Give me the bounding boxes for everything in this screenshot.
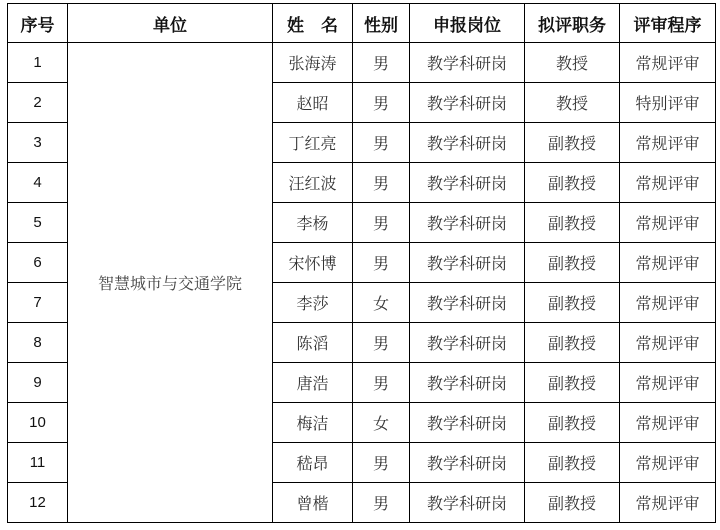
row-no: 6 — [8, 243, 68, 283]
row-name: 李莎 — [273, 283, 353, 323]
row-post: 教学科研岗 — [410, 483, 525, 523]
row-no: 4 — [8, 163, 68, 203]
header-title: 拟评职务 — [525, 4, 620, 43]
row-title: 副教授 — [525, 443, 620, 483]
row-no: 10 — [8, 403, 68, 443]
unit-cell: 智慧城市与交通学院 — [68, 43, 273, 523]
row-gender: 女 — [353, 283, 410, 323]
row-post: 教学科研岗 — [410, 363, 525, 403]
row-gender: 男 — [353, 323, 410, 363]
row-title: 副教授 — [525, 283, 620, 323]
row-procedure: 常规评审 — [620, 483, 716, 523]
row-title: 副教授 — [525, 203, 620, 243]
row-no: 9 — [8, 363, 68, 403]
row-name: 陈滔 — [273, 323, 353, 363]
review-list-table: 序号 单位 姓 名 性别 申报岗位 拟评职务 评审程序 1 智慧城市与交通学院 … — [7, 3, 716, 523]
row-gender: 男 — [353, 123, 410, 163]
row-name: 丁红亮 — [273, 123, 353, 163]
header-no: 序号 — [8, 4, 68, 43]
row-procedure: 常规评审 — [620, 283, 716, 323]
row-procedure: 常规评审 — [620, 443, 716, 483]
row-post: 教学科研岗 — [410, 203, 525, 243]
row-post: 教学科研岗 — [410, 163, 525, 203]
row-no: 11 — [8, 443, 68, 483]
row-no: 2 — [8, 83, 68, 123]
row-name: 赵昭 — [273, 83, 353, 123]
row-name: 曾楷 — [273, 483, 353, 523]
row-title: 副教授 — [525, 323, 620, 363]
row-post: 教学科研岗 — [410, 323, 525, 363]
row-title: 副教授 — [525, 483, 620, 523]
row-name: 张海涛 — [273, 43, 353, 83]
row-procedure: 常规评审 — [620, 203, 716, 243]
row-title: 教授 — [525, 83, 620, 123]
row-gender: 男 — [353, 43, 410, 83]
row-procedure: 特别评审 — [620, 83, 716, 123]
row-post: 教学科研岗 — [410, 123, 525, 163]
row-no: 3 — [8, 123, 68, 163]
header-row: 序号 单位 姓 名 性别 申报岗位 拟评职务 评审程序 — [8, 4, 716, 43]
row-procedure: 常规评审 — [620, 403, 716, 443]
row-post: 教学科研岗 — [410, 403, 525, 443]
row-procedure: 常规评审 — [620, 123, 716, 163]
row-name: 嵇昂 — [273, 443, 353, 483]
row-gender: 男 — [353, 243, 410, 283]
row-name: 唐浩 — [273, 363, 353, 403]
row-no: 5 — [8, 203, 68, 243]
row-no: 1 — [8, 43, 68, 83]
row-no: 8 — [8, 323, 68, 363]
table-row: 1 智慧城市与交通学院 张海涛 男 教学科研岗 教授 常规评审 — [8, 43, 716, 83]
row-procedure: 常规评审 — [620, 323, 716, 363]
row-gender: 男 — [353, 203, 410, 243]
row-post: 教学科研岗 — [410, 43, 525, 83]
row-post: 教学科研岗 — [410, 283, 525, 323]
row-gender: 女 — [353, 403, 410, 443]
row-procedure: 常规评审 — [620, 363, 716, 403]
row-post: 教学科研岗 — [410, 243, 525, 283]
row-title: 教授 — [525, 43, 620, 83]
row-name: 宋怀博 — [273, 243, 353, 283]
header-name: 姓 名 — [273, 4, 353, 43]
row-name: 汪红波 — [273, 163, 353, 203]
row-gender: 男 — [353, 443, 410, 483]
header-unit: 单位 — [68, 4, 273, 43]
row-procedure: 常规评审 — [620, 243, 716, 283]
header-post: 申报岗位 — [410, 4, 525, 43]
row-name: 李杨 — [273, 203, 353, 243]
header-procedure: 评审程序 — [620, 4, 716, 43]
row-gender: 男 — [353, 163, 410, 203]
row-post: 教学科研岗 — [410, 443, 525, 483]
row-title: 副教授 — [525, 123, 620, 163]
row-no: 12 — [8, 483, 68, 523]
row-post: 教学科研岗 — [410, 83, 525, 123]
row-title: 副教授 — [525, 363, 620, 403]
row-title: 副教授 — [525, 243, 620, 283]
row-procedure: 常规评审 — [620, 163, 716, 203]
row-name: 梅洁 — [273, 403, 353, 443]
row-procedure: 常规评审 — [620, 43, 716, 83]
row-title: 副教授 — [525, 163, 620, 203]
row-gender: 男 — [353, 83, 410, 123]
row-no: 7 — [8, 283, 68, 323]
row-gender: 男 — [353, 483, 410, 523]
row-gender: 男 — [353, 363, 410, 403]
row-title: 副教授 — [525, 403, 620, 443]
header-gender: 性别 — [353, 4, 410, 43]
